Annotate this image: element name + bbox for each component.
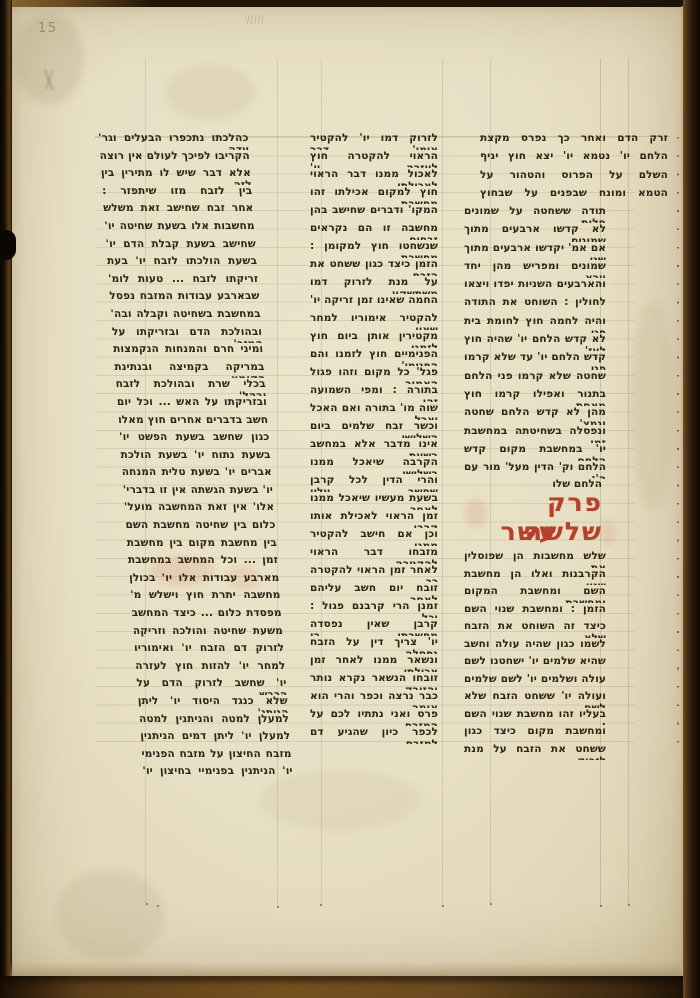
manuscript-text-line: זמן הראוי לאכילת אותו קרבן [310,510,438,528]
manuscript-text-line: ומחשבת מקום כיצד כגון [464,725,606,743]
manuscript-text-line: שמונים ומפריש מהן יחד ויבא [464,260,606,278]
manuscript-text-line: שהיא שלמים יו' ישחטנו לשם [464,655,606,673]
manuscript-text-line: ונשאר ממנו לאחר זמן אכילתו [310,654,438,672]
manuscript-text-line: עולה ושלמים יו' לשם שלמים [464,673,606,691]
manuscript-text-line: חוץ למקום אכילתו זהו מחשבת [310,186,438,204]
manuscript-text-line: כבר נרצה וכפר והרי הוא אומר [310,690,438,708]
manuscript-text-line: במריקה בקמיצה ובנתינת הקומץ [114,361,265,379]
manuscript-text-line: אינו מדבר אלא במחשב בשעת [310,438,438,456]
manuscript-text-line: שחישב בשעת קבלת הדם יו' [105,238,256,256]
manuscript-text-line: יו' צריך דין על הזבח נפסלה [310,636,438,654]
pricking-mark [442,905,444,907]
chapter-closing-line: הלחם וק' הדין מעל' מור עם ה': [464,461,606,479]
manuscript-text-line: הטמא ומונח שבפנים על שבחוץ [480,187,668,205]
manuscript-text-line: להקטיר אימוריו למחר שאין [310,312,438,330]
pricking-mark [320,904,322,906]
chapter-heading-line-2: עשר [455,517,603,546]
manuscript-text-line: לא קדשו ארבעים מתוך שמונים [464,223,606,241]
manuscript-text-line: לאחר זמן הראוי להקטרה כך [310,564,438,582]
folio-number: 15 [38,21,58,36]
text-column-middle: לזרוק דמו יו' להקטיר אימו' דברהראוי להקט… [310,132,438,744]
manuscript-text-line: לאכול ממנו דבר הראוי לאכילתו [310,168,438,186]
binding-edge-top [0,0,700,7]
manuscript-text-line: פגל' כל מקום וזהו פגול האמור [310,366,438,384]
manuscript-text-line: שחטה שלא קרמו פני הלחם [464,370,606,388]
manuscript-text-line: לא קדש הלחם יו' שהיה חוץ לעז' [464,333,606,351]
text-column-right-upper-wide: זרק הדם ואחר כך נפרס מקצתהלחם יו' נטמא י… [480,132,668,205]
manuscript-text-line: לשמו כגון שהיה עולה וחשב [464,638,606,656]
manuscript-text-line: משעת שחיטה והולכה וזריקה [132,625,283,643]
manuscript-text-line: הקרבנות ואלו הן מחשבת שנוי [464,568,606,586]
manuscript-text-line: בתורה : ומפי השמועה זהו [310,384,438,402]
manuscript-text-line: לזרוק דם הזבח יו' ואימוריו [134,642,285,660]
manuscript-text-line: וכשר זבח שלמים ביום השלישי [310,420,438,438]
manuscript-text-line: יו' בשעת הגשתה אין זו בדברי' [123,484,274,502]
manuscript-text-line: בכלי שרת ובהולכת לזבח ובהל' [115,378,266,396]
ruling-vertical-line [442,58,443,906]
manuscript-text-line: למעלן יו' ליתן דמים הניתנין [140,730,291,748]
manuscript-text-line: הפנימיים חוץ לזמנו והם הפנימי' [310,348,438,366]
manuscript-text-line: ובזריקתו על האש ... וכל יום [116,396,267,414]
manuscript-text-line: מקטירין אותן ביום חוץ לזמנן [310,330,438,348]
manuscript-text-line: בשעת הולכתו לזבח יו' בעת [107,255,258,273]
manuscript-text-line: שלא כנגד היסוד יו' ליתן הניתנ' [137,695,288,713]
manuscript-text-line: ומיני חרם והמנחות הנקמצות [113,343,264,361]
manuscript-text-line: בין לזבח מזו שיתפזר : [102,185,253,203]
pricking-mark [146,903,148,905]
manuscript-text-line: הזמן : ומחשבת שנוי השם [464,603,606,621]
manuscript-text-line: זמן ... וכל המחשב במחשבת [128,554,279,572]
manuscript-text-line: מזבח החיצון על מזבח הפנימי [141,748,292,766]
manuscript-text-line: מחשבות אלו בשעת שחיטה יו' [104,220,255,238]
manuscript-text-line: השלם על הפרוס והטהור על [480,169,668,187]
manuscript-text-line: הקריבו לפיכך לעולם אין רוצה [99,150,250,168]
binding-edge-notch [0,230,16,260]
manuscript-text-line: יו' הניתנין בפנימיי בחיצון יו' [142,765,293,783]
pencil-inscription [36,70,62,90]
pricking-mark [490,903,492,905]
manuscript-text-line: לחולין : השוחט את התודה [464,296,606,314]
manuscript-text-line: מחשבה זו הם נקראים זבחים [310,222,438,240]
manuscript-text-line: בשעת מעשיו שיאכל ממנו לאחר [310,492,438,510]
manuscript-text-line: כהלכתו נתכפרו הבעלים וגר' עדה [98,132,249,150]
manuscript-text-line: הקרבה שיאכל ממנו בשלישי [310,456,438,474]
manuscript-text-line: אברים יו' בשעת טלית המנחה [121,466,272,484]
manuscript-text-line: אם אמ' יקדשו ארבעים מתוך שני [464,242,606,260]
manuscript-text-line: ששחט את הזבח על מנת לזרוק [464,743,606,761]
manuscript-text-line: וכן אם חישב להקטיר ממנו [310,528,438,546]
manuscript-text-line: קדש הלחם יו' עד שלא קרמו פני [464,351,606,369]
manuscript-text-line: הלחם יו' נטמא יו' יצא חוץ יניף [480,150,668,168]
manuscript-text-line: אלא דבר שיש לו מתירין בין לזה [100,167,251,185]
manuscript-text-line: פרס ואני נתתיו לכם על המזבח [310,708,438,726]
pricking-mark [157,905,159,907]
manuscript-text-line: על מנת לזרוק דמו משתשקע [310,276,438,294]
manuscript-text-line: והארבעים השניות יפדו ויצאו [464,278,606,296]
manuscript-text-line: שוה מו' בתורה ואם האכל יאכל [310,402,438,420]
manuscript-text-line: תודה ששחטה על שמונים חלות [464,205,606,223]
manuscript-text-line: בעליו זהו מחשבת שנוי השם : [464,708,606,726]
text-column-right-lower: שלש מחשבות הן שפוסלין אתהקרבנות ואלו הן … [464,550,606,760]
manuscript-text-line: זמנן הרי קרבנם פגול : וכל [310,600,438,618]
manuscript-text-line: ועולה יו' ששחט הזבח שלא לשם [464,690,606,708]
manuscript-text-line: זובחו הנשאר נקרא נותר והזורק [310,672,438,690]
manuscript-text-line: למחר יו' להזות חוץ לעזרה [135,660,286,678]
quire-mark [245,15,265,24]
manuscript-text-line: מזבחו דבר הראוי להקטרה [310,546,438,564]
manuscript-text-line: מפסדת כלום ... כיצד המחשב [131,607,282,625]
manuscript-text-line: מהן לא קדש הלחם שחטה ונמצ' [464,406,606,424]
manuscript-text-line: לכפר כיון שהגיע דם למזבח [310,726,438,744]
pricking-mark [628,904,630,906]
manuscript-text-line: כגון שחשב בשעת הפשט יו' [119,431,270,449]
manuscript-text-line: הזמן כיצד כגון ששחט את הזבח [310,258,438,276]
manuscript-text-line: יו' שחשב לזרוק הדם על הכבש [136,677,287,695]
manuscript-text-line: זרק הדם ואחר כך נפרס מקצת [480,132,668,150]
manuscript-text-line: ובהולכת הדם ובזריקתו על המזב' [112,326,263,344]
manuscript-text-line: שנשחטו חוץ למקומן : מחשבת [310,240,438,258]
pricking-mark [600,905,602,907]
manuscript-text-line: אלו' אין זאת המחשבה מועל' [124,501,275,519]
manuscript-text-line: במחשבת בשחיטה וקבלה ובה' [110,308,261,326]
manuscript-text-line: יו' במחשבת מקום קדש הלחם [464,443,606,461]
manuscript-text-line: הראוי להקטרה חוץ לעזרה יו' [310,150,438,168]
manuscript-text-line: מחשבה יתרת חוץ וישלש מ' [130,589,281,607]
page-bottom-shadow [10,962,682,977]
wooden-board-bottom [0,976,700,998]
manuscript-text-line: השם ומחשבת המקום ומחשבת [464,585,606,603]
manuscript-text-line: לזרוק דמו יו' להקטיר אימו' דבר [310,132,438,150]
manuscript-text-line: כלום בין שחיטה מחשבת השם [125,519,276,537]
manuscript-text-line: למעלן למטה והניתנין למטה [139,713,290,731]
manuscript-text-line: החמה שאינו זמן זריקה יו' [310,294,438,312]
manuscript-text-line: בתנור ואפילו קרמו חוץ מאחת [464,388,606,406]
manuscript-text-line: זריקתו לזבח ... טעות לומ' [108,273,259,291]
manuscript-text-line: אחר זבח שחישב זאת משלש [103,202,254,220]
manuscript-text-line: והיה לחמה חוץ לחומת בית פגי [464,315,606,333]
pricking-marks-right [677,137,679,751]
manuscript-text-line: המקו' ודברים שחישב בהן [310,204,438,222]
manuscript-page: 15 זרק הדם ואחר כך נפרס מקצתהלחם יו' נטמ… [0,0,700,998]
binding-edge-right [683,0,700,998]
manuscript-text-line: קרבן שאין נפסדה מחשבתו בו [310,618,438,636]
manuscript-text-line: כיצד זה השוחט את הזבח שלא [464,620,606,638]
manuscript-text-line: שבארבע עבודות המזבח נפסל [109,290,260,308]
text-column-right-upper: תודה ששחטה על שמונים חלותלא קדשו ארבעים … [464,205,606,461]
manuscript-text-line: ונפסלה בשחיטתה במחשבת זמן [464,425,606,443]
manuscript-text-line: בין מחשבת מקום בין מחשבת [126,537,277,555]
manuscript-text-line: והרי הדין לכל קרבן שחשב עליו [310,474,438,492]
manuscript-text-line: זובח יום חשב עליהם לאחר [310,582,438,600]
manuscript-text-line: בשעת נתוח יו' בשעת הולכת [120,449,271,467]
manuscript-text-line: מארבע עבודות אלו יו' בכולן [129,572,280,590]
manuscript-text-line: חשב בדברים אחרים חוץ מאלו [118,414,269,432]
binding-edge-left [0,0,12,998]
pricking-mark [277,906,279,908]
manuscript-text-line: שלש מחשבות הן שפוסלין את [464,550,606,568]
